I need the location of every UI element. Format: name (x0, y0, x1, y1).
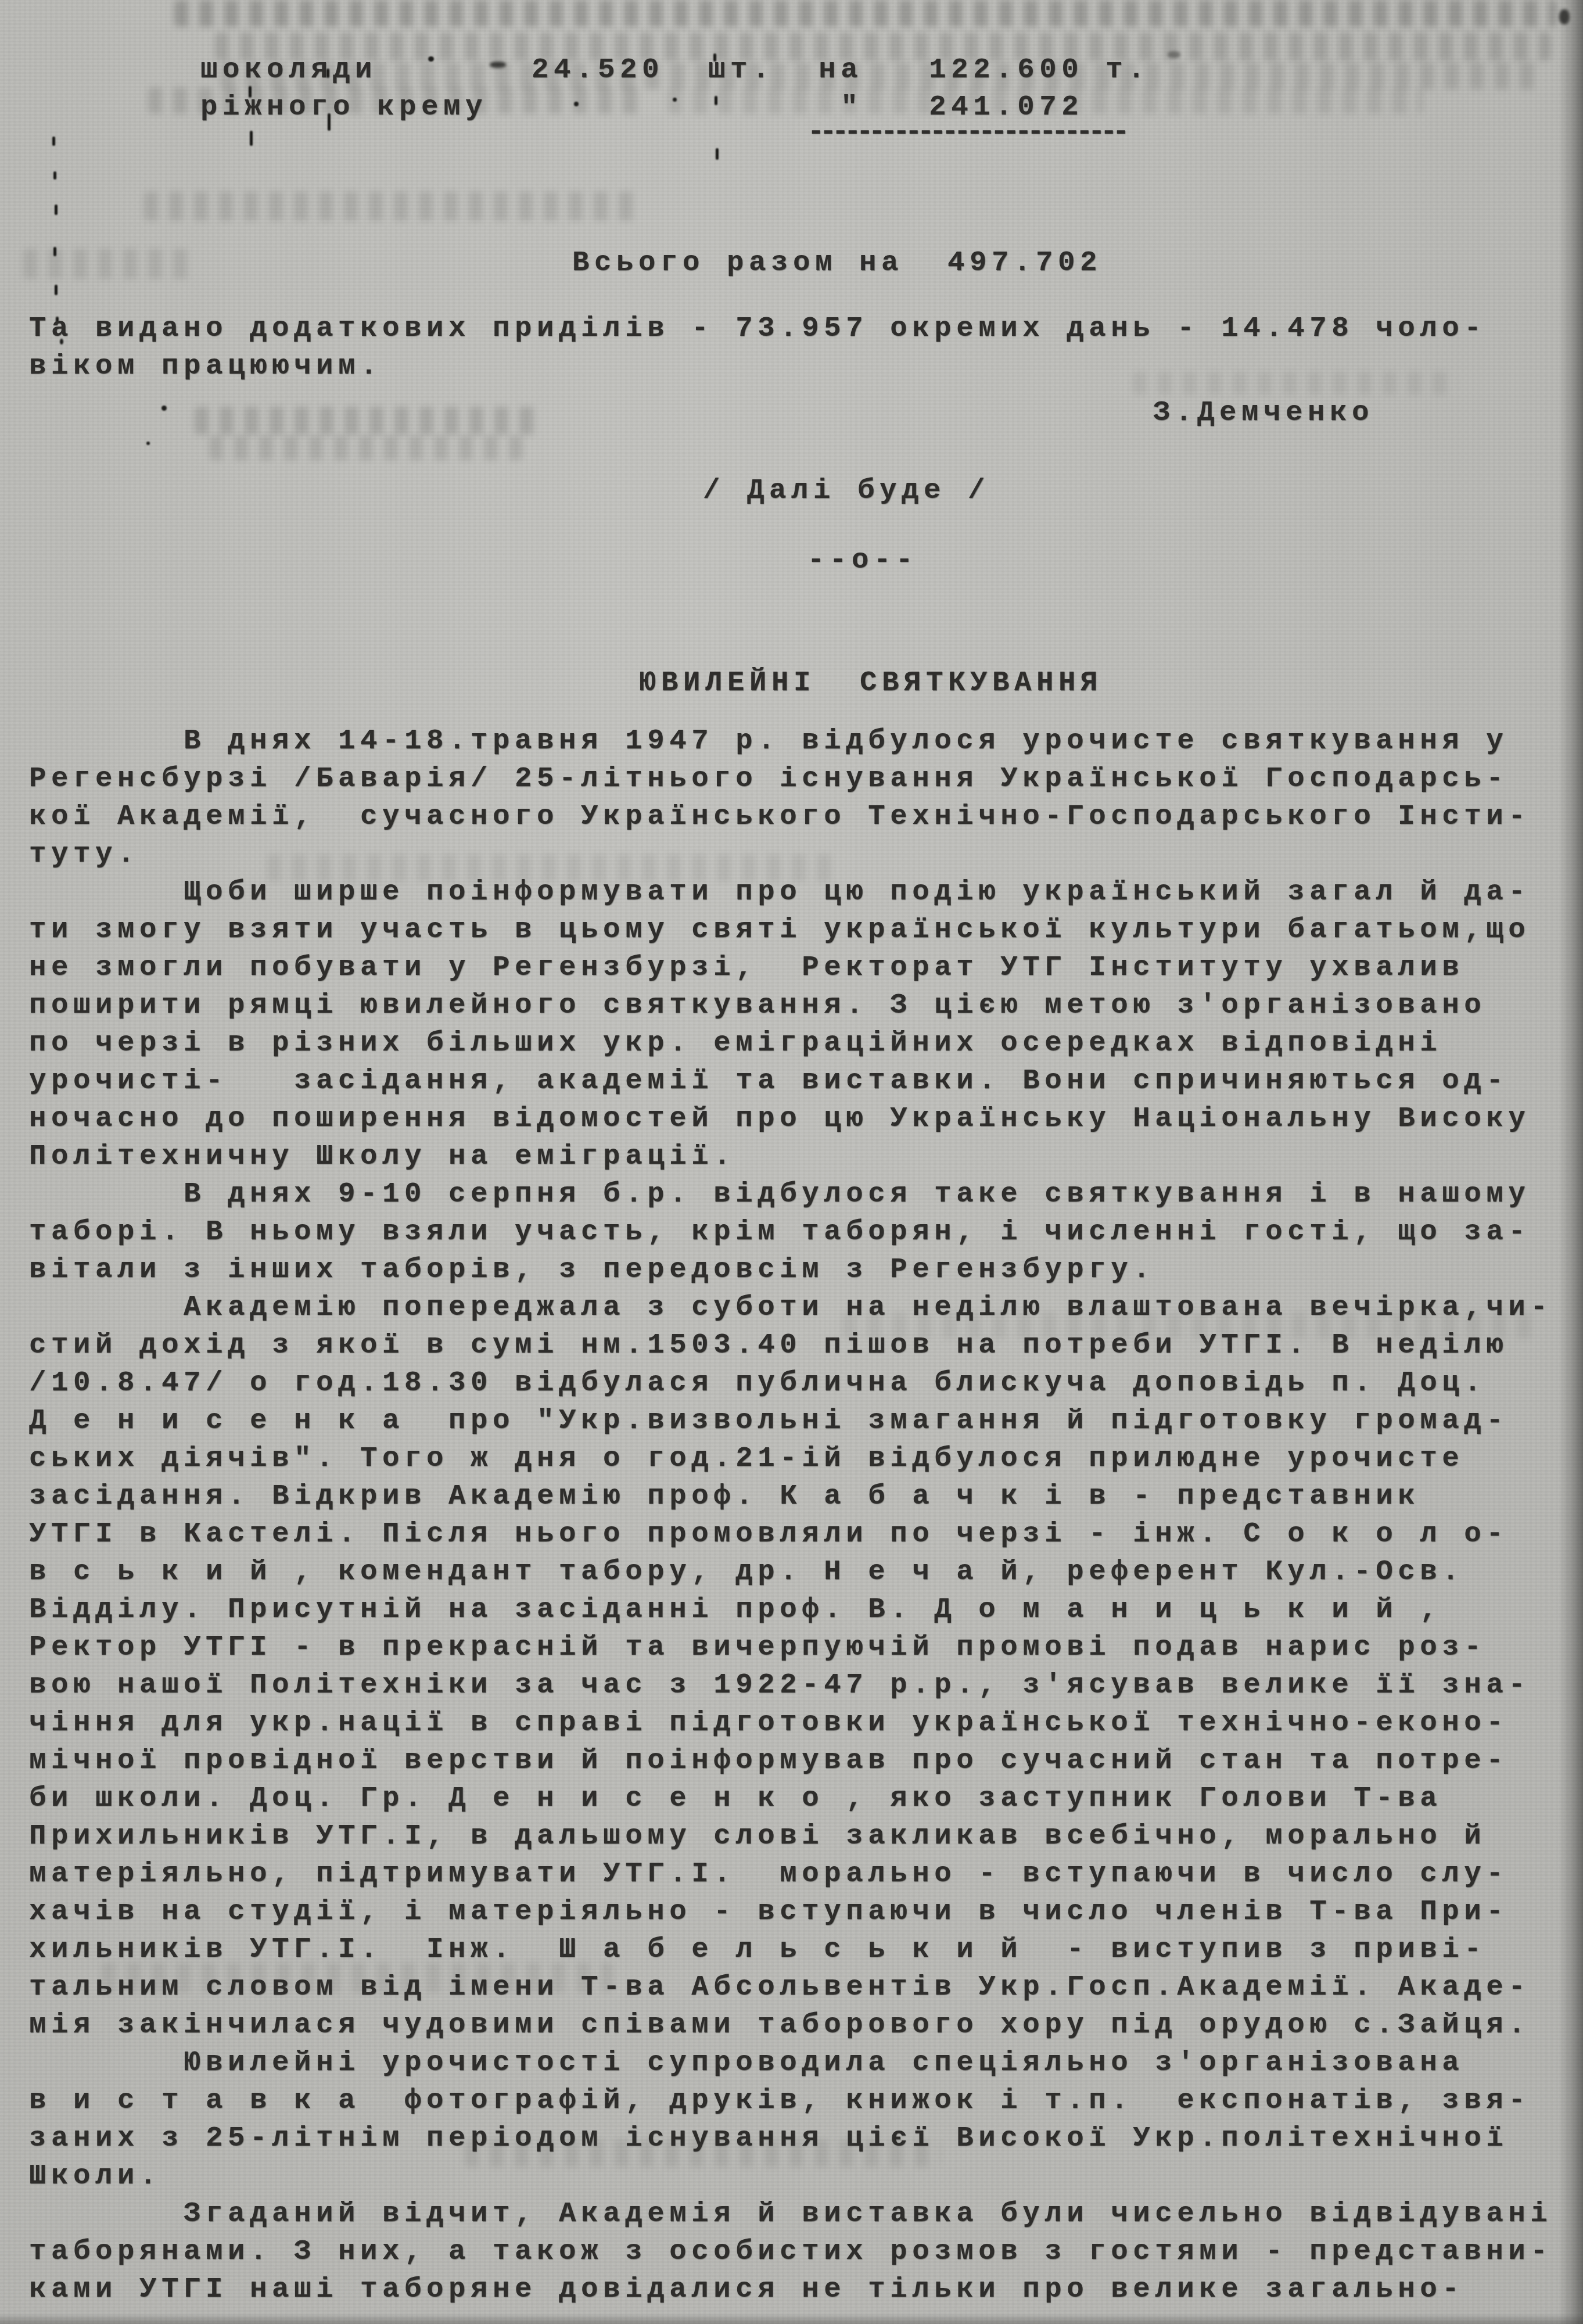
typewritten-line: вою нашої Політехніки за час з 1922-47 р… (29, 1666, 1552, 1704)
typewritten-line: ських діячів". Того ж дня о год.21-ій ві… (29, 1440, 1552, 1477)
typewritten-line: Та видано додаткових приділів - 73.957 о… (29, 310, 1486, 347)
typewritten-line: Відділу. Присутній на засіданні проф. В.… (29, 1591, 1552, 1629)
typewritten-line: кої Академії, сучасного Українського Тех… (29, 798, 1552, 835)
typewritten-line: чіння для укр.нації в справі підготовки … (29, 1704, 1552, 1742)
typewritten-line: Згаданий відчит, Академія й виставка бул… (29, 2195, 1552, 2233)
typewritten-line: Щоби ширше поінформувати про цю подію ук… (29, 873, 1552, 911)
section-separator: --о-- (807, 541, 918, 579)
typewritten-line: Ювилейні урочистості супроводила спеціял… (29, 2044, 1552, 2082)
typewritten-line: туту. (29, 835, 1552, 873)
typewritten-line: в и с т а в к а фотографій, друків, книж… (29, 2082, 1552, 2119)
typewritten-line: В днях 14-18.травня 1947 р. відбулося ур… (29, 722, 1552, 760)
article-title: ЮВИЛЕЙНІ СВЯТКУВАННЯ (639, 664, 1103, 702)
ration-item-line-chocolate: шоколяди 24.520 шт. на 122.600 т. (200, 51, 1150, 89)
typewritten-line: /10.8.47/ о год.18.30 відбулася публична… (29, 1364, 1552, 1402)
total-line: Всього разом на 497.702 (572, 244, 1102, 282)
typewritten-line: не змогли побувати у Регензбурзі, Ректор… (29, 949, 1552, 987)
typewritten-line: мічної провідної верстви й поінформував … (29, 1742, 1552, 1780)
typewritten-line: Академію попереджала з суботи на неділю … (29, 1289, 1552, 1326)
typewritten-line: таборі. В ньому взяли участь, крім табор… (29, 1213, 1552, 1251)
typewritten-line: Регенсбурзі /Баварія/ 25-літнього існува… (29, 760, 1552, 798)
author-signature: З.Демченко (1153, 394, 1374, 432)
typewritten-line: ти змогу взяти участь в цьому святі укра… (29, 911, 1552, 949)
typewritten-line: поширити рямці ювилейного святкування. З… (29, 987, 1552, 1024)
typewritten-line: ками УТГІ наші таборяне довідалися не ті… (29, 2271, 1552, 2308)
typewritten-line: віком працюючим. (29, 347, 1486, 385)
typewritten-line: по черзі в різних більших укр. еміграцій… (29, 1024, 1552, 1062)
typewritten-line: матеріяльно, підтримувати УТГ.І. моральн… (29, 1855, 1552, 1893)
scan-edge-shadow (0, 2314, 1583, 2324)
typewritten-line: Д е н и с е н к а про "Укр.визвольні зма… (29, 1402, 1552, 1440)
article-body: В днях 14-18.травня 1947 р. відбулося ур… (29, 722, 1552, 2308)
divider-dashed-line: -------------------------- (807, 113, 1125, 151)
typewritten-line: урочисті- засідання, академії та виставк… (29, 1062, 1552, 1100)
scanned-typewritten-page: шоколяди 24.520 шт. на 122.600 т. ріжног… (0, 0, 1583, 2324)
typewritten-line: тальним словом від імени Т-ва Абсольвент… (29, 1968, 1552, 2006)
typewritten-line: Прихильників УТГ.І, в дальшому слові зак… (29, 1817, 1552, 1855)
typewritten-line: заних з 25-літнім періодом існування ціє… (29, 2119, 1552, 2157)
to-be-continued-note: / Далі буде / (703, 472, 990, 510)
additional-rations-note: Та видано додаткових приділів - 73.957 о… (29, 310, 1486, 385)
scan-edge-shadow (1559, 0, 1583, 2324)
typewritten-line: стий дохід з якої в сумі нм.1503.40 пішо… (29, 1326, 1552, 1364)
typewritten-line: УТГІ в Кастелі. Після нього промовляли п… (29, 1515, 1552, 1553)
typewritten-line: Ректор УТГІ - в прекрасній та вичерпуючі… (29, 1629, 1552, 1666)
typewritten-line: в с ь к и й , комендант табору, др. Н е … (29, 1553, 1552, 1591)
typewritten-line: мія закінчилася чудовими співами таборов… (29, 2006, 1552, 2044)
typewritten-line: хильників УТГ.І. Інж. Ш а б е л ь с ь к … (29, 1931, 1552, 1968)
typewritten-line: засідання. Відкрив Академію проф. К а б … (29, 1477, 1552, 1515)
typewritten-line: хачів на студії, і матеріяльно - вступаю… (29, 1893, 1552, 1931)
typewritten-line: таборянами. З них, а також з особистих р… (29, 2233, 1552, 2271)
typewritten-text-layer: шоколяди 24.520 шт. на 122.600 т. ріжног… (0, 0, 1583, 2324)
typewritten-line: Політехничну Школу на еміграції. (29, 1138, 1552, 1175)
typewritten-line: Школи. (29, 2157, 1552, 2195)
typewritten-line: би школи. Доц. Гр. Д е н и с е н к о , я… (29, 1780, 1552, 1817)
typewritten-line: ночасно до поширення відомостей про цю У… (29, 1100, 1552, 1138)
typewritten-line: В днях 9-10 серпня б.р. відбулося таке с… (29, 1175, 1552, 1213)
typewritten-line: вітали з інших таборів, з передовсім з Р… (29, 1251, 1552, 1289)
